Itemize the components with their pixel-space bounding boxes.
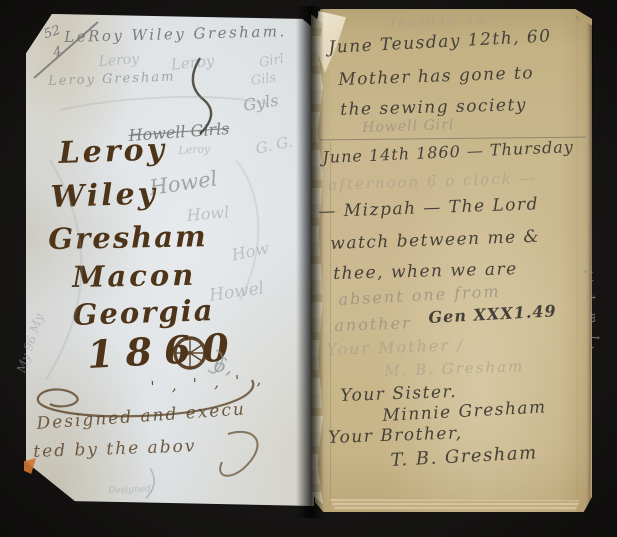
book-spine-shadow: [296, 6, 324, 518]
scribble-leroy-c: Leroy: [178, 142, 211, 157]
margin-rule: [330, 142, 331, 504]
title-line-leroy: Leroy: [58, 132, 168, 171]
entry2-faint-line7: another: [334, 313, 412, 335]
title-line-gresham: Gresham: [48, 219, 208, 256]
scribble-leroy-a: Leroy: [98, 51, 140, 70]
entry1-faint-note: Howell Girl: [362, 117, 455, 136]
scribble-designed-faint: Designed: [108, 485, 151, 496]
title-line-wiley: Wiley: [50, 176, 159, 215]
title-line-macon: Macon: [72, 258, 197, 294]
page-fore-edge: [576, 16, 593, 508]
title-line-year: 1860: [86, 324, 242, 377]
diary-photo: 52 4 LeRoy Wiley Gresham. Leroy Leroy Le…: [0, 0, 617, 537]
page-bottom-edge: [330, 499, 580, 511]
